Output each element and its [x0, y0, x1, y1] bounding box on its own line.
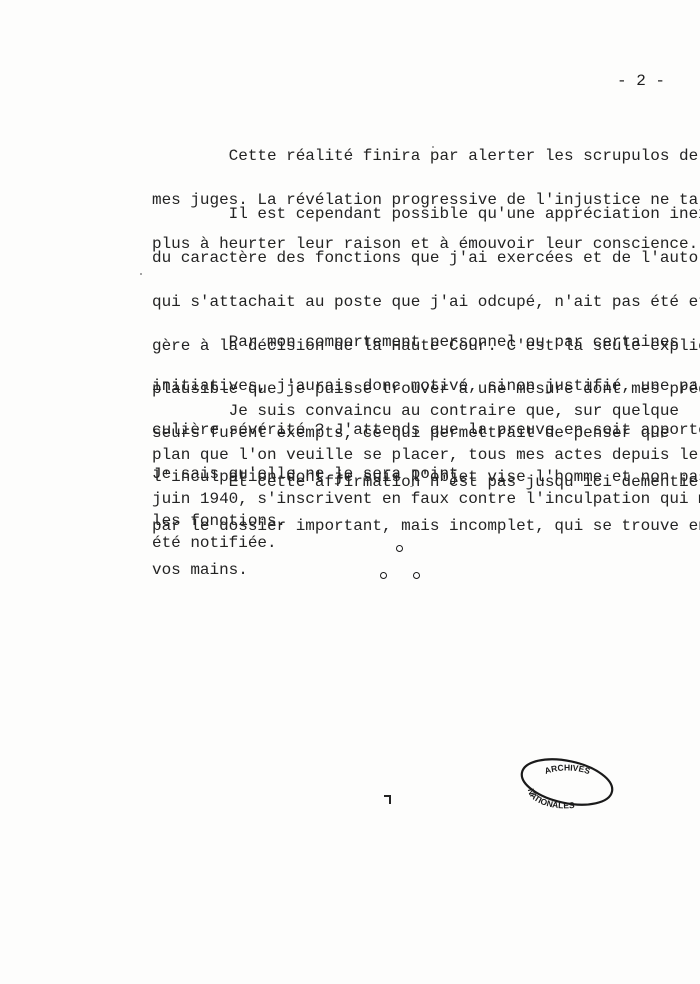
svg-text:ARCHIVES: ARCHIVES	[543, 763, 592, 777]
text-line: Par mon comportement personnel ou par ce…	[152, 335, 700, 350]
ornament-circle-icon	[413, 572, 420, 579]
ink-mark	[384, 795, 391, 804]
text-line: par le dossier important, mais incomplet…	[152, 519, 700, 534]
paper-speck	[410, 486, 413, 487]
paragraph-5: Et cette affirmation n'est pas jusqu'ici…	[152, 446, 700, 607]
text-line: Je suis convaincu au contraire que, sur …	[152, 404, 700, 419]
text-line: Cette réalité finira par alerter les scr…	[152, 149, 700, 164]
stamp-oval-icon: ARCHIVES NATIONALES	[519, 757, 615, 807]
ornament-circle-icon	[380, 572, 387, 579]
page-number: - 2 -	[617, 72, 665, 90]
ornament-circle-icon	[396, 545, 403, 552]
archives-nationales-stamp: ARCHIVES NATIONALES	[519, 757, 615, 807]
typewritten-page: - 2 - Cette réalité finira par alerter l…	[0, 0, 700, 984]
text-line: Et cette affirmation n'est pas jusqu'ici…	[152, 475, 700, 490]
text-line: du caractère des fonctions que j'ai exer…	[152, 251, 700, 266]
paper-speck	[140, 273, 142, 275]
svg-text:NATIONALES: NATIONALES	[526, 787, 575, 810]
paper-speck	[432, 146, 434, 148]
stamp-bottom-text: NATIONALES	[526, 787, 575, 810]
text-line: Il est cependant possible qu'une appréci…	[152, 207, 700, 222]
stamp-top-text: ARCHIVES	[543, 763, 592, 777]
text-line: vos mains.	[152, 563, 700, 578]
